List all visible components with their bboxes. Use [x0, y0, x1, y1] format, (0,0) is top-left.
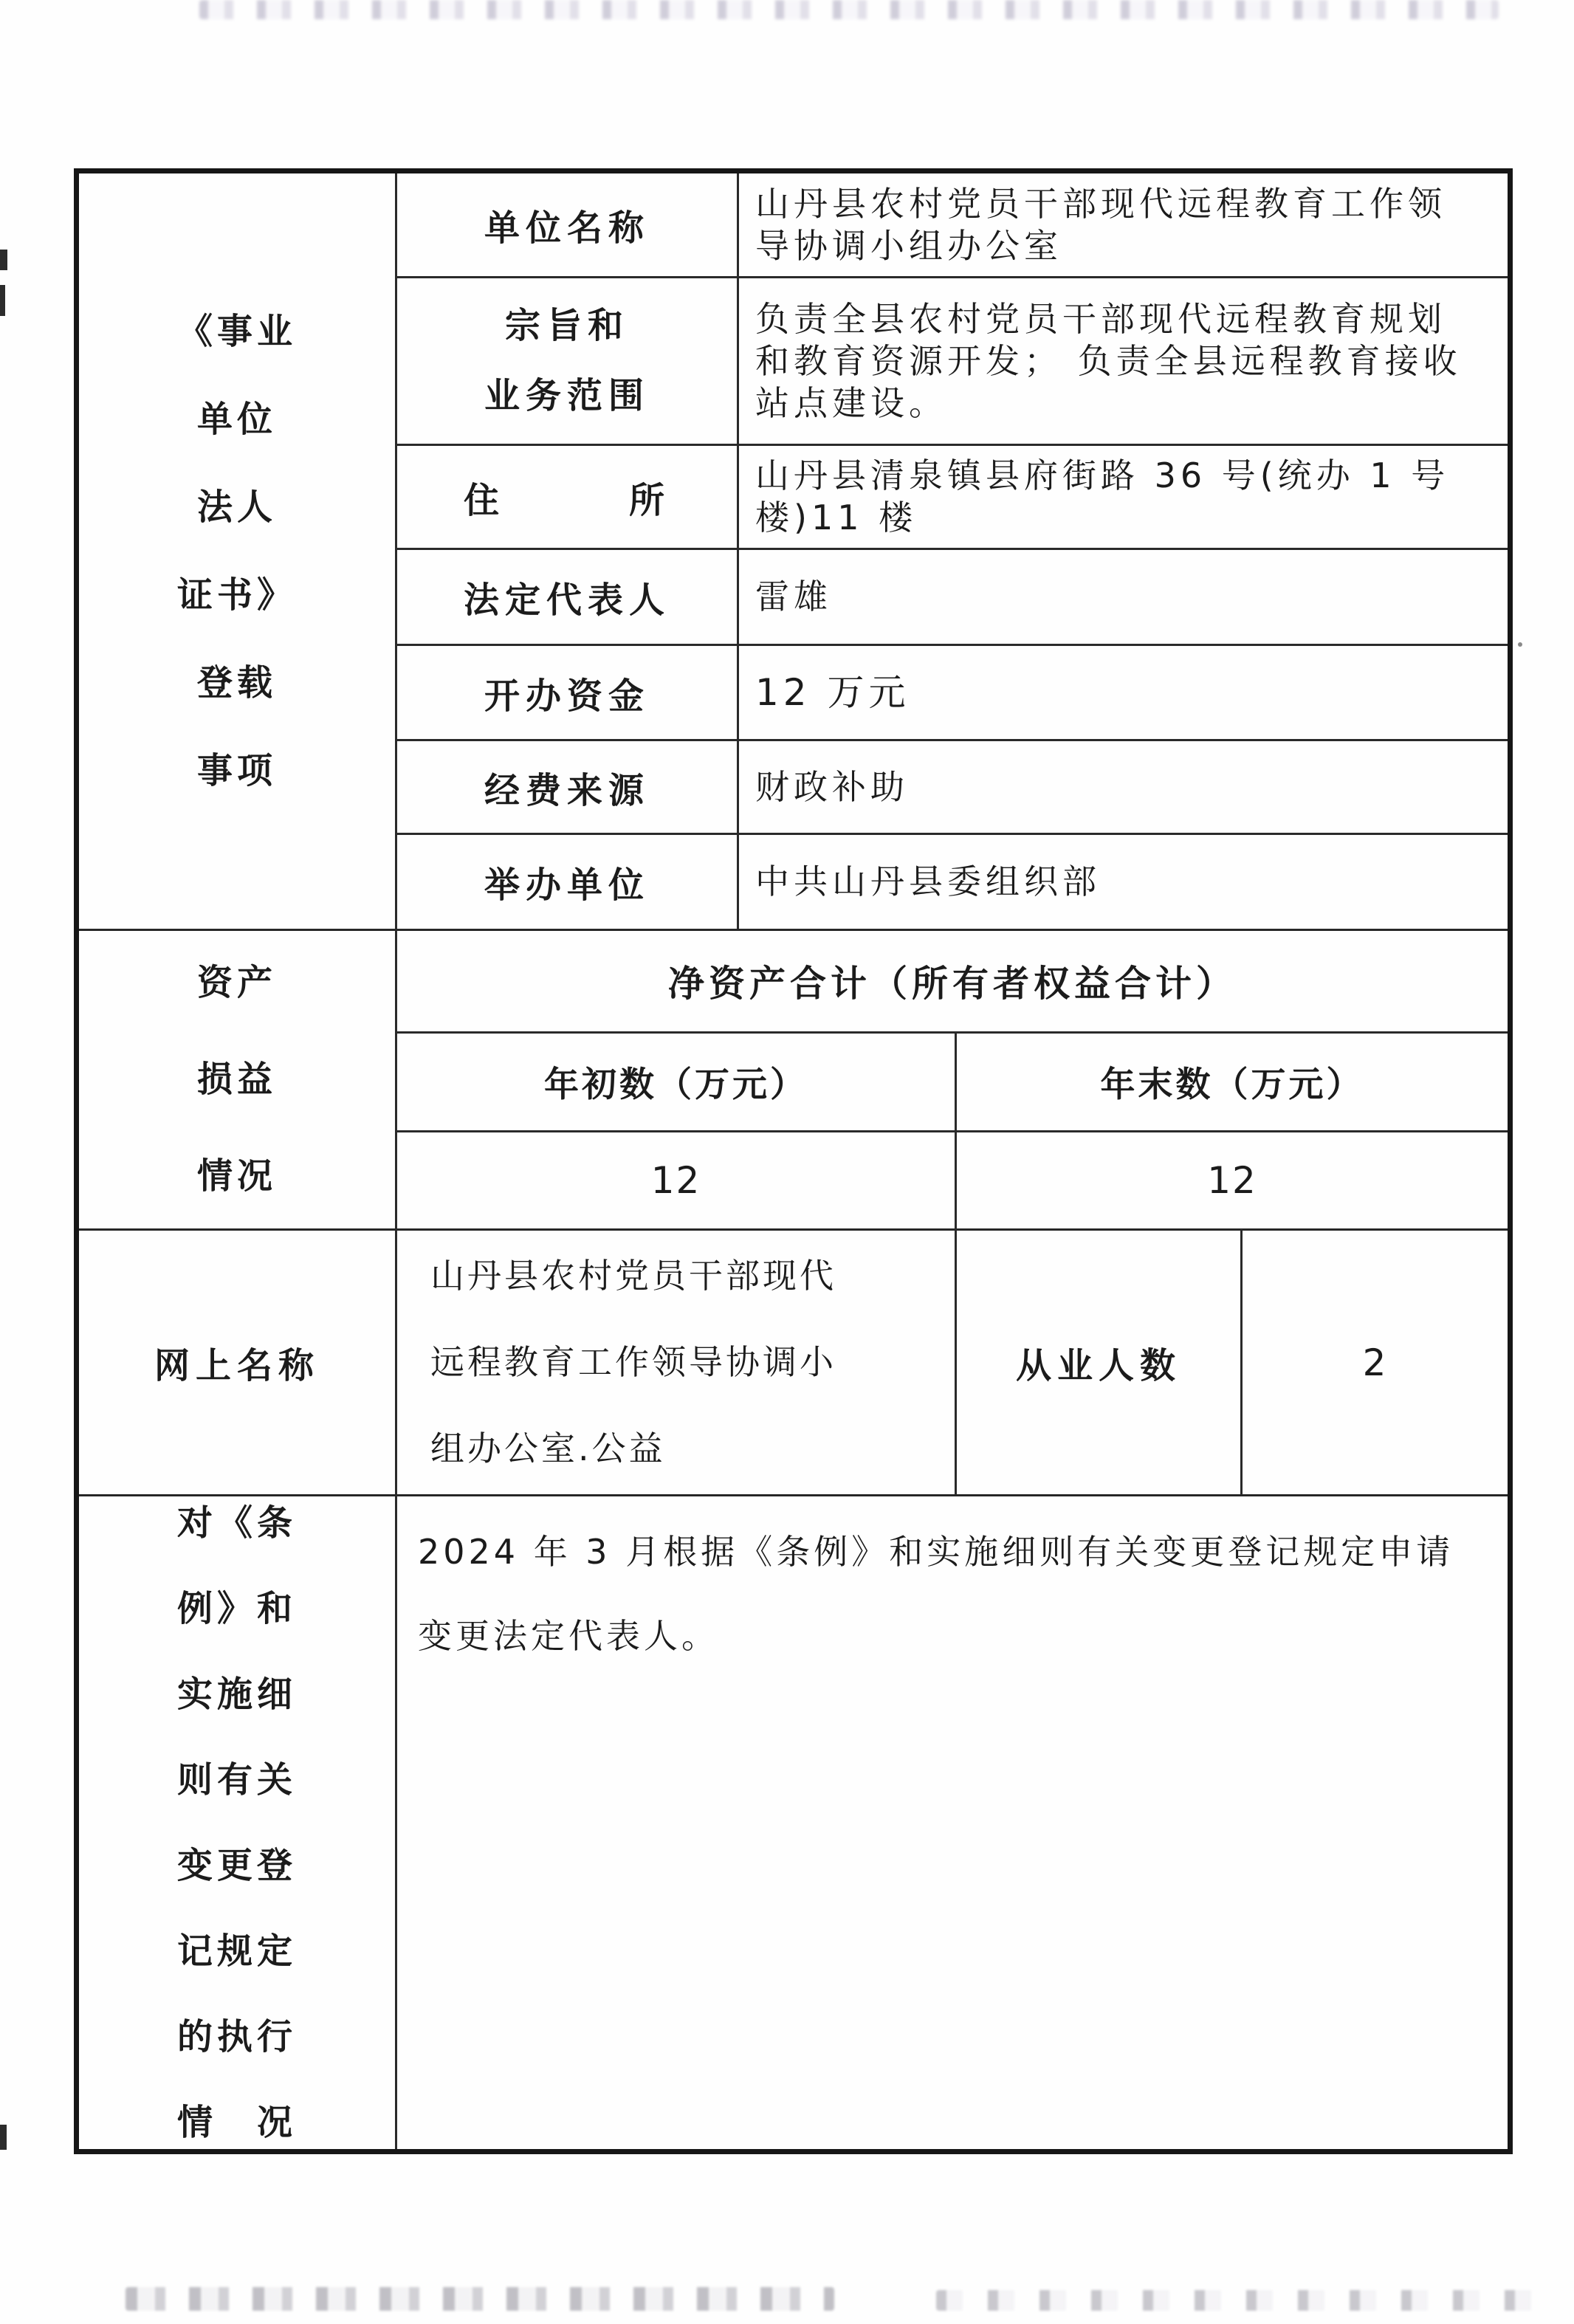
year-end-value: 12 [957, 1132, 1508, 1228]
bleed-through-bottom-right [936, 2290, 1553, 2311]
unit-name-label: 单位名称 [397, 173, 737, 276]
mission-label: 宗旨和 业务范围 [397, 278, 737, 444]
registration-table: 《事业 单位 法人 证书》 登载 事项 单位名称 山丹县农村党员干部现代远程教育… [74, 168, 1513, 2154]
address-value: 山丹县清泉镇县府街路 36 号(统办 1 号 楼)11 楼 [739, 446, 1508, 548]
compliance-value: 2024 年 3 月根据《条例》和实施细则有关变更登记规定申请 变更法定代表人。 [397, 1496, 1508, 2149]
year-end-header: 年末数（万元） [957, 1034, 1508, 1130]
scanned-document-page: 《事业 单位 法人 证书》 登载 事项 单位名称 山丹县农村党员干部现代远程教育… [0, 0, 1574, 2324]
bleed-through-top [199, 0, 1499, 19]
mission-value: 负责全县农村党员干部现代远程教育规划 和教育资源开发； 负责全县远程教育接收 站… [739, 278, 1508, 444]
edge-mark [0, 250, 7, 270]
net-assets-title: 净资产合计（所有者权益合计） [397, 931, 1508, 1031]
address-label: 住 所 [397, 446, 737, 548]
assets-section-header: 资产 损益 情况 [79, 931, 395, 1228]
online-name-value: 山丹县农村党员干部现代 远程教育工作领导协调小 组办公室.公益 [397, 1231, 955, 1494]
funding-source-label: 经费来源 [397, 741, 737, 833]
legal-representative-label: 法定代表人 [397, 550, 737, 644]
legal-representative-value: 雷雄 [739, 550, 1508, 644]
edge-mark [0, 285, 5, 316]
capital-label: 开办资金 [397, 646, 737, 739]
capital-value: 12 万元 [739, 646, 1508, 739]
funding-source-value: 财政补助 [739, 741, 1508, 833]
unit-name-value: 山丹县农村党员干部现代远程教育工作领 导协调小组办公室 [739, 173, 1508, 276]
year-start-value: 12 [397, 1132, 955, 1228]
organizer-value: 中共山丹县委组织部 [739, 835, 1508, 929]
compliance-section-header: 对《条 例》和 实施细 则有关 变更登 记规定 的执行 情 况 [79, 1496, 395, 2149]
bleed-through-bottom-left [126, 2287, 834, 2311]
year-start-header: 年初数（万元） [397, 1034, 955, 1130]
staff-count-value: 2 [1243, 1231, 1508, 1494]
ink-speck [1518, 642, 1522, 647]
edge-mark [0, 2125, 7, 2150]
online-name-label: 网上名称 [79, 1231, 395, 1494]
staff-count-label: 从业人数 [957, 1231, 1240, 1494]
organizer-label: 举办单位 [397, 835, 737, 929]
certificate-section-header: 《事业 单位 法人 证书》 登载 事项 [79, 173, 395, 929]
